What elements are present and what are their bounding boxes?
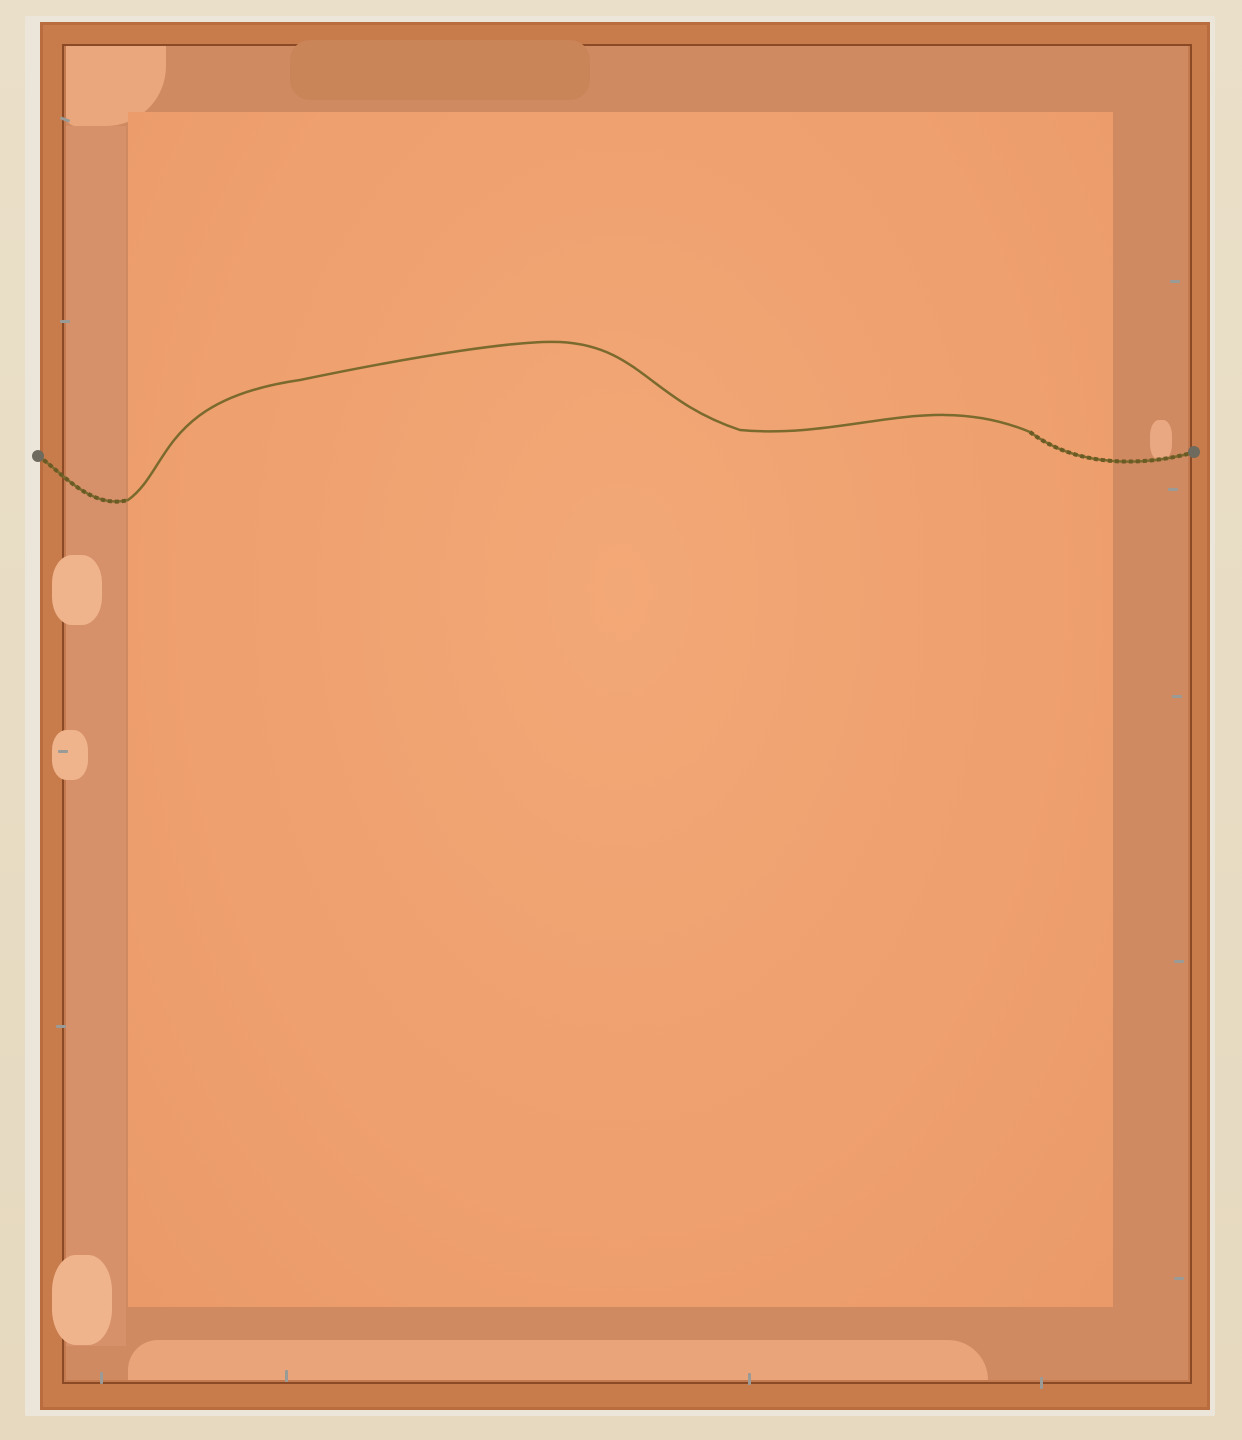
backing-paper: [128, 112, 1113, 1307]
staple: [56, 1025, 66, 1028]
staple: [100, 1372, 103, 1384]
screw-eye-right: [1188, 446, 1200, 458]
staple: [1168, 488, 1178, 491]
staple: [1174, 960, 1184, 963]
screw-eye-left: [32, 450, 44, 462]
torn-patch: [52, 555, 102, 625]
staple: [285, 1370, 288, 1382]
torn-patch: [52, 730, 88, 780]
staple: [1172, 695, 1182, 698]
torn-tape-bottom: [128, 1340, 988, 1380]
staple: [1170, 280, 1180, 283]
torn-patch: [1150, 420, 1172, 460]
staple: [1174, 1277, 1184, 1280]
staple: [58, 750, 68, 753]
water-stain: [290, 40, 590, 100]
staple: [1040, 1377, 1043, 1389]
staple: [748, 1373, 751, 1385]
torn-patch: [52, 1255, 112, 1345]
staple: [60, 320, 70, 323]
